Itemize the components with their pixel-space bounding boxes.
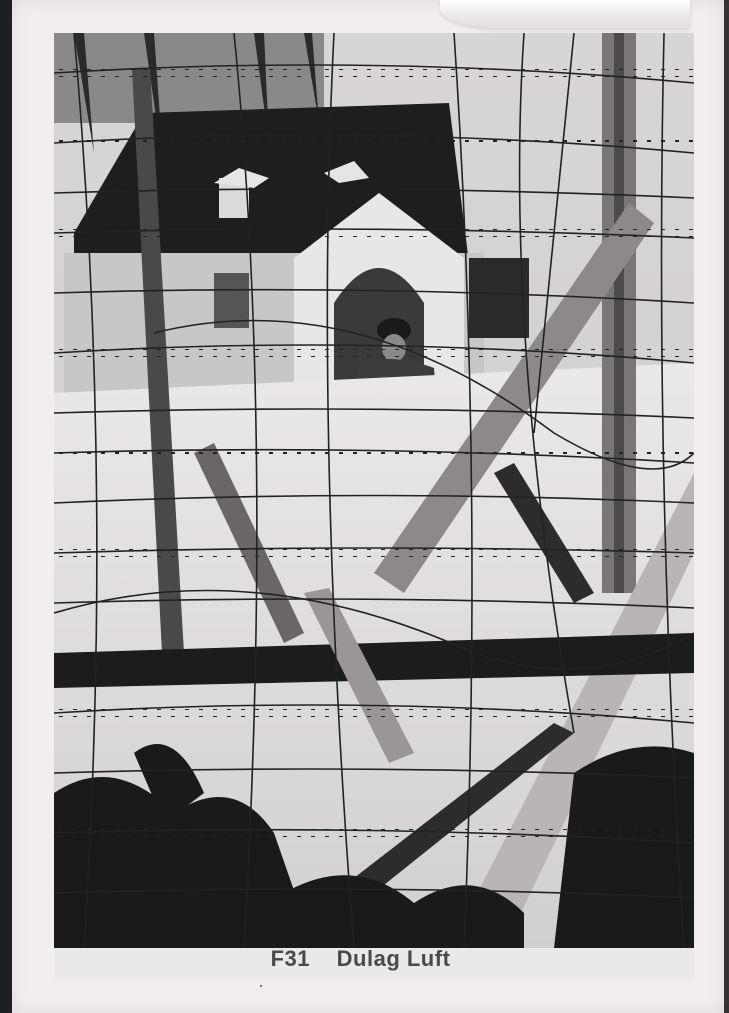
photograph [54, 33, 694, 948]
caption-title: Dulag Luft [337, 946, 451, 971]
scanner-background-edge [0, 0, 12, 1013]
paper-curl [440, 0, 690, 28]
caption-code: F31 [271, 946, 310, 971]
scanner-right-edge [724, 0, 729, 1013]
photo-caption: F31 Dulag Luft [0, 946, 729, 972]
dust-speck [260, 985, 262, 987]
